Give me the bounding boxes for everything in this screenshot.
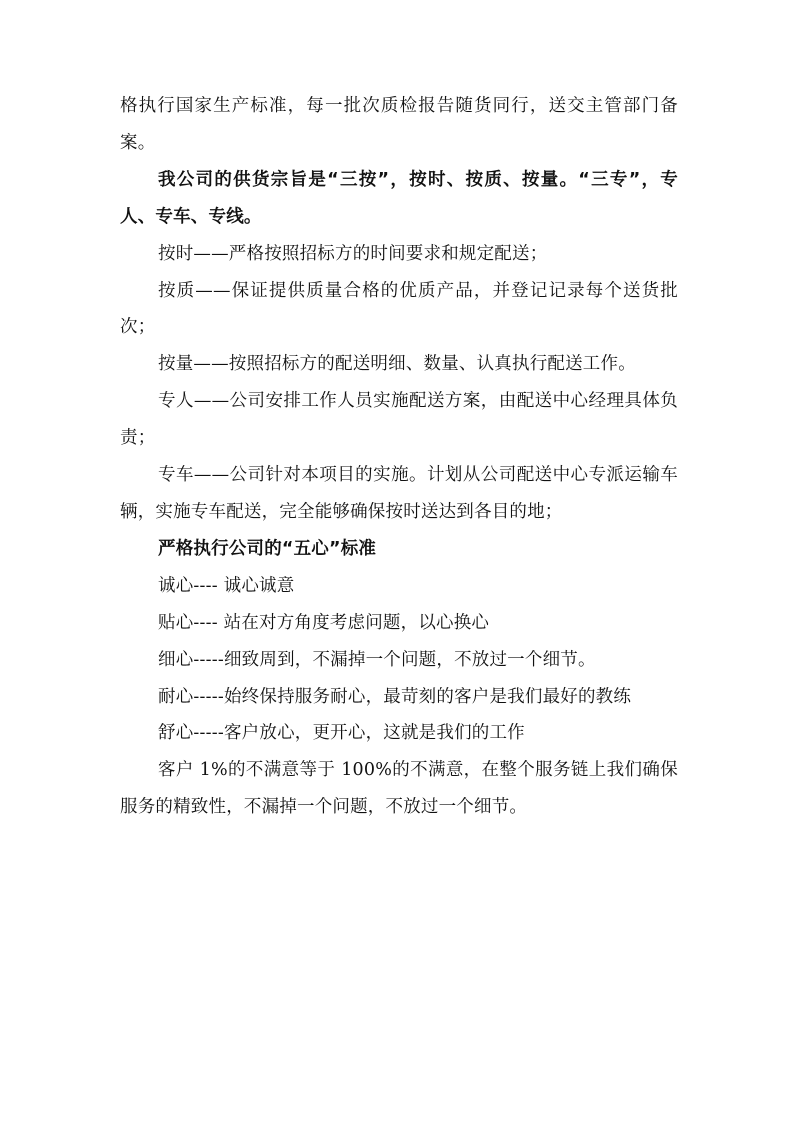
paragraph-comfort: 舒心-----客户放心，更开心，这就是我们的工作	[120, 715, 678, 752]
paragraph-careful: 细心-----细致周到，不漏掉一个问题，不放过一个细节。	[120, 642, 678, 679]
paragraph-on-quantity: 按量——按照招标方的配送明细、数量、认真执行配送工作。	[120, 346, 678, 383]
paragraph-customer-satisfaction: 客户 1%的不满意等于 100%的不满意，在整个服务链上我们确保服务的精致性，不…	[120, 752, 678, 826]
paragraph-supply-principle: 我公司的供货宗旨是“三按”，按时、按质、按量。“三专”，专人、专车、专线。	[120, 162, 678, 236]
paragraph-dedicated-staff: 专人——公司安排工作人员实施配送方案，由配送中心经理具体负责；	[120, 383, 678, 457]
paragraph-dedicated-vehicle: 专车——公司针对本项目的实施。计划从公司配送中心专派运输车辆，实施专车配送，完全…	[120, 457, 678, 531]
paragraph-quality-standard: 格执行国家生产标准，每一批次质检报告随货同行，送交主管部门备案。	[120, 88, 678, 162]
paragraph-on-time: 按时——严格按照招标方的时间要求和规定配送；	[120, 236, 678, 273]
paragraph-on-quality: 按质——保证提供质量合格的优质产品，并登记记录每个送货批次；	[120, 273, 678, 347]
document-page: 格执行国家生产标准，每一批次质检报告随货同行，送交主管部门备案。 我公司的供货宗…	[120, 88, 678, 826]
paragraph-considerate: 贴心---- 站在对方角度考虑问题，以心换心	[120, 605, 678, 642]
paragraph-sincerity: 诚心---- 诚心诚意	[120, 568, 678, 605]
paragraph-patience: 耐心-----始终保持服务耐心，最苛刻的客户是我们最好的教练	[120, 679, 678, 716]
heading-five-hearts: 严格执行公司的“五心”标准	[120, 531, 678, 568]
